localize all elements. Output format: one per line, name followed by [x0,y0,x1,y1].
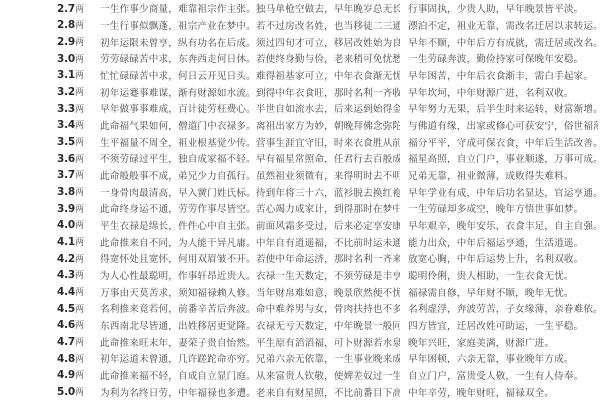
interpretation-text: 早年坎坷，中年财源广进，名利双收。 [408,85,598,99]
interpretation-text: 名利虚浮，奔波劳苦，子女缘薄，亲眷难依。 [408,301,598,315]
verse-text: 万事由天莫苦求，须知福禄赖人修。当年财帛难如意，晚景欣然便不忧。 [100,285,400,299]
interpretation-text: 与佛道有缘，出家或修心可获安宁，俗世福薄。 [408,118,598,132]
weight-label: 2.7两 [57,2,97,15]
weight-label: 4.2两 [57,252,97,265]
verse-text: 一生行事似飘蓬，祖宗产业在梦中。若不过房改名姓，也当移徒二三通。 [100,18,400,32]
weight-label: 5.0两 [57,385,97,398]
verse-text: 初年运道未曾通，几许蹉跎命亦穷。兄弟六亲无依靠，一生事业晚来成。 [100,351,400,365]
weight-label: 4.4两 [57,285,97,298]
weight-label: 3.8两 [57,185,97,198]
table-row: 3.0两 劳劳碌碌苦中求，东奔西走何日休。若使终身勤与俭，老来稍可免忧愁。 一生… [0,50,600,67]
interpretation-text: 早年困顿，六亲无靠，事业晚年方成。 [408,351,598,365]
bone-weight-fortune-table: 2.7两 一生作事少商量，难靠祖宗作主张。独马单枪空做去，早年晚岁总无长。 行事… [0,0,600,400]
weight-label: 4.1两 [57,235,97,248]
interpretation-text: 聪明伶俐，贵人相助，一生衣食无忧。 [408,268,598,282]
table-row: 3.5两 生平福量不周全，祖业根基觉少传。营事生涯宜守旧，时来衣食胜从前。 福分… [0,133,600,150]
weight-label: 4.5两 [57,302,97,315]
table-row: 4.9两此命推来福不轻，自成自立显门庭。从来富贵人钦敬，使婢差奴过一生。自立门户… [0,367,600,384]
verse-text: 一生作事少商量，难靠祖宗作主张。独马单枪空做去，早年晚岁总无长。 [100,1,400,15]
weight-label: 3.2两 [57,85,97,98]
verse-text: 此命福气果如何，僧道门中衣禄多。离祖出家方为妙，朝晚拜佛念弥陀。 [100,118,400,132]
interpretation-text: 兄弟无靠，祖业微薄，成败得失难料。 [408,168,598,182]
interpretation-text: 早年学业有成，中年后功名显达，官运亨通。 [408,185,598,199]
weight-label: 3.4两 [57,118,97,131]
interpretation-text: 福星高照，自立门户，事业顺遂，万事可成。 [408,151,598,165]
weight-label: 2.9两 [57,35,97,48]
table-row: 4.2两 得宽怀处且宽怀，何用双眉皱不开。若使中年命运济，那时名利一齐来。 放宽… [0,250,600,267]
table-row: 5.0两为利为名终日劳，中年福禄也多遭。老来自有财星照，不比前番目下高。中年辛劳… [0,383,600,400]
verse-text: 此命推来自不同，为人能干异凡庸。中年自有逍遥福，不比前时运未通。 [100,235,400,249]
interpretation-text: 四方皆宜，迁居改姓可助运，一生平稳。 [408,318,598,332]
interpretation-text: 行事固执，少贵人助，早年晚景皆平淡。 [408,1,598,15]
interpretation-text: 早年困苦，中年后衣食渐丰，需白手起家。 [408,68,598,82]
table-row: 4.4两 万事由天莫苦求，须知福禄赖人修。当年财帛难如意，晚景欣然便不忧。 福禄… [0,283,600,300]
table-row: 4.8两初年运道未曾通，几许蹉跎命亦穷。兄弟六亲无依靠，一生事业晚来成。早年困顿… [0,350,600,367]
verse-text: 初年运蹇事难谋，渐有财源如水流。到得中年衣食旺，那时名利一齐收。 [100,85,400,99]
weight-label: 4.3两 [57,268,97,281]
interpretation-text: 一生劳碌却多成空，晚年方悟世事如梦。 [408,201,598,215]
verse-text: 此命推来福不轻，自成自立显门庭。从来富贵人钦敬，使婢差奴过一生。 [100,368,400,382]
verse-text: 此命终身运不通，劳劳作事尽皆空。苦心竭力成家计，到得那时在梦中。 [100,201,400,215]
weight-label: 4.0两 [57,218,97,231]
table-row: 3.8两 一身骨肉最清高，早入黉门姓氏标。待到年将三十六，蓝衫脱去换红袍。 早年… [0,183,600,200]
interpretation-text: 放宽心胸，中年后运势上升，名利双收。 [408,251,598,265]
weight-label: 4.8两 [57,352,97,365]
verse-text: 忙忙碌碌苦中求，何日云开见日头。难得祖基家可立，中年衣食渐无忧。 [100,68,400,82]
interpretation-text: 漂泊不定，祖业无靠，需改名迁居以求转运。 [408,18,598,32]
table-row: 4.5两 名利推来竟若何，前番辛苦后奔波。命中难养男与女，骨肉扶持也不多。 名利… [0,300,600,317]
table-row: 2.7两 一生作事少商量，难靠祖宗作主张。独马单枪空做去，早年晚岁总无长。 行事… [0,0,600,17]
verse-text: 名利推来竟若何，前番辛苦后奔波。命中难养男与女，骨肉扶持也不多。 [100,301,400,315]
interpretation-text: 早年艰辛，晚年安乐，衣食丰足，自主自强。 [408,218,598,232]
weight-label: 3.9两 [57,202,97,215]
table-row: 2.9两 初年运限未曾亨，纵有功名在后成。须过四旬才可立，移居改姓始为良。 早年… [0,33,600,50]
verse-text: 劳劳碌碌苦中求，东奔西走何日休。若使终身勤与俭，老来稍可免忧愁。 [100,51,400,65]
weight-label: 3.3两 [57,102,97,115]
verse-text: 为人心性最聪明，作事轩昂近贵人。衣禄一生天数定，不须劳碌是丰亨。 [100,268,400,282]
weight-label: 3.1两 [57,68,97,81]
verse-text: 东西南北尽皆通，出姓移居更觉隆。衣禄无亏天数定，中年晚景一般同。 [100,318,400,332]
interpretation-text: 早年不顺，中年后方有成就，需迁居或改名。 [408,35,598,49]
verse-text: 早年做事事难成，百计徒劳枉费心。半世自如流水去，后来运到始得金。 [100,101,400,115]
interpretation-text: 自立门户，富贵受人敬，一生有人侍奉。 [408,368,598,382]
table-row: 3.7两 此命般般事不成，弟兄少力自孤行。虽然祖业须微有，来得明时去不明。 兄弟… [0,167,600,184]
weight-label: 3.5两 [57,135,97,148]
weight-label: 3.7两 [57,168,97,181]
interpretation-text: 早年努力无果，后半生时来运转，财富渐增。 [408,101,598,115]
interpretation-text: 中年辛劳，晚年财旺，福禄双全。 [408,385,598,399]
weight-label: 3.6两 [57,152,97,165]
table-row: 3.3两 早年做事事难成，百计徒劳枉费心。半世自如流水去，后来运到始得金。 早年… [0,100,600,117]
verse-text: 不须劳碌过平生，独自成家福不轻。早有福星常照命，任君行去百般成。 [100,151,400,165]
weight-label: 2.8两 [57,18,97,31]
table-row: 2.8两 一生行事似飘蓬，祖宗产业在梦中。若不过房改名姓，也当移徒二三通。 漂泊… [0,17,600,34]
interpretation-text: 能力出众，中年后福运亨通，生活逍遥。 [408,235,598,249]
weight-label: 4.7两 [57,335,97,348]
verse-text: 平生衣禄是绵长，件件心中自主张。前面风霜多受过，后来必定享安康。 [100,218,400,232]
verse-text: 一身骨肉最清高，早入黉门姓氏标。待到年将三十六，蓝衫脱去换红袍。 [100,185,400,199]
verse-text: 初年运限未曾亨，纵有功名在后成。须过四旬才可立，移居改姓始为良。 [100,35,400,49]
table-row: 3.6两 不须劳碌过平生，独自成家福不轻。早有福星常照命，任君行去百般成。 福星… [0,150,600,167]
interpretation-text: 晚年兴旺，家庭美满，财源广进。 [408,335,598,349]
table-row: 3.2两 初年运蹇事难谋，渐有财源如水流。到得中年衣食旺，那时名利一齐收。 早年… [0,83,600,100]
weight-label: 4.6两 [57,318,97,331]
table-row: 3.1两 忙忙碌碌苦中求，何日云开见日头。难得祖基家可立，中年衣食渐无忧。 早年… [0,67,600,84]
table-row: 4.0两 平生衣禄是绵长，件件心中自主张。前面风霜多受过，后来必定享安康。 早年… [0,217,600,234]
table-row: 4.6两 东西南北尽皆通，出姓移居更觉隆。衣禄无亏天数定，中年晚景一般同。 四方… [0,317,600,334]
verse-text: 得宽怀处且宽怀，何用双眉皱不开。若使中年命运济，那时名利一齐来。 [100,251,400,265]
table-row: 3.9两 此命终身运不通，劳劳作事尽皆空。苦心竭力成家计，到得那时在梦中。 一生… [0,200,600,217]
interpretation-text: 福分平平，守成可保衣食，中年后生活改善。 [408,135,598,149]
table-row: 4.1两 此命推来自不同，为人能干异凡庸。中年自有逍遥福，不比前时运未通。 能力… [0,233,600,250]
table-row: 4.3两 为人心性最聪明，作事轩昂近贵人。衣禄一生天数定，不须劳碌是丰亨。 聪明… [0,267,600,284]
weight-label: 3.0两 [57,52,97,65]
verse-text: 此命推来旺末年，妻荣子贵自怡然。平生原有滔滔福，可卜财源若水泉。 [100,335,400,349]
weight-label: 4.9两 [57,368,97,381]
verse-text: 此命般般事不成，弟兄少力自孤行。虽然祖业须微有，来得明时去不明。 [100,168,400,182]
interpretation-text: 福禄需自修，早年财不顺，晚年无忧。 [408,285,598,299]
interpretation-text: 一生劳碌奔波，勤俭持家可保晚年安稳。 [408,51,598,65]
verse-text: 生平福量不周全，祖业根基觉少传。营事生涯宜守旧，时来衣食胜从前。 [100,135,400,149]
table-row: 3.4两 此命福气果如何，僧道门中衣禄多。离祖出家方为妙，朝晚拜佛念弥陀。 与佛… [0,117,600,134]
table-row: 4.7两此命推来旺末年，妻荣子贵自怡然。平生原有滔滔福，可卜财源若水泉。晚年兴旺… [0,333,600,350]
verse-text: 为利为名终日劳，中年福禄也多遭。老来自有财星照，不比前番目下高。 [100,385,400,399]
